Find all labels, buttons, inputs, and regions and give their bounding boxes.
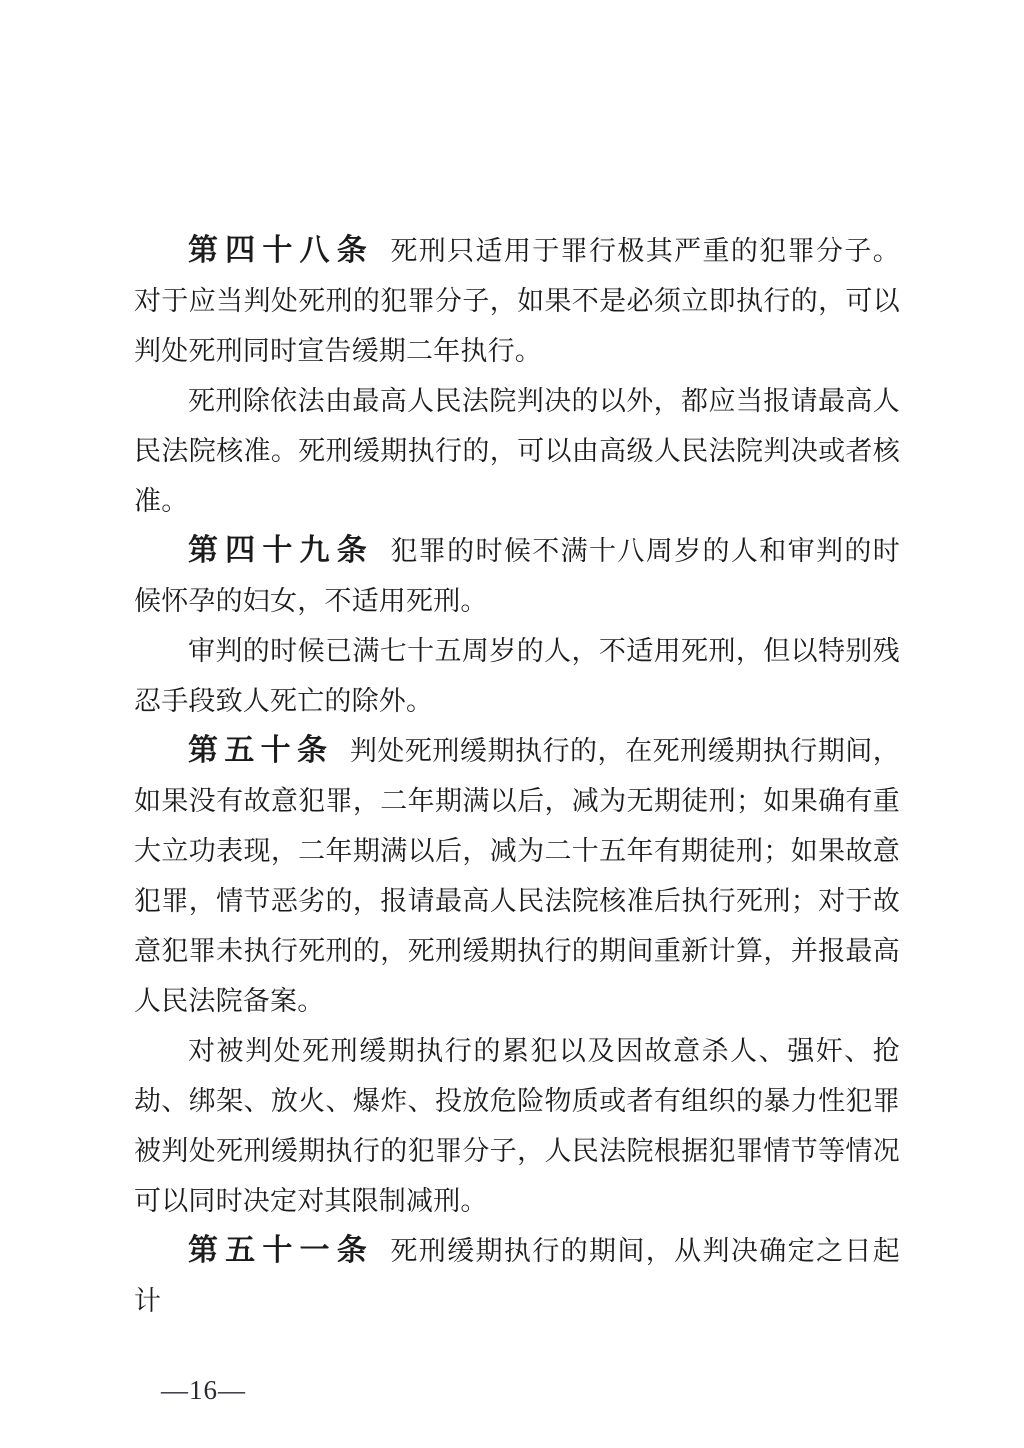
article-paragraph: 第四十八条死刑只适用于罪行极其严重的犯罪分子。对于应当判处死刑的犯罪分子，如果不… bbox=[134, 226, 900, 376]
article-number: 第四十九条 bbox=[188, 534, 374, 567]
article-number: 第五十条 bbox=[188, 734, 333, 767]
paragraph: 审判的时候已满七十五周岁的人，不适用死刑，但以特别残忍手段致人死亡的除外。 bbox=[134, 626, 900, 726]
article-number: 第四十八条 bbox=[188, 234, 374, 267]
page-number: —16— bbox=[161, 1374, 246, 1406]
article-paragraph: 第五十一条死刑缓期执行的期间，从判决确定之日起计 bbox=[134, 1226, 900, 1326]
article-number: 第五十一条 bbox=[188, 1234, 374, 1267]
paragraph: 死刑除依法由最高人民法院判决的以外，都应当报请最高人民法院核准。死刑缓期执行的，… bbox=[134, 376, 900, 526]
document-page: 第四十八条死刑只适用于罪行极其严重的犯罪分子。对于应当判处死刑的犯罪分子，如果不… bbox=[0, 0, 1024, 1448]
paragraph-text: 对被判处死刑缓期执行的累犯以及因故意杀人、强奸、抢劫、绑架、放火、爆炸、投放危险… bbox=[134, 1036, 900, 1216]
article-paragraph: 第四十九条犯罪的时候不满十八周岁的人和审判的时候怀孕的妇女，不适用死刑。 bbox=[134, 526, 900, 626]
paragraph-text: 判处死刑缓期执行的，在死刑缓期执行期间，如果没有故意犯罪，二年期满以后，减为无期… bbox=[134, 736, 900, 1016]
paragraph-text: 死刑除依法由最高人民法院判决的以外，都应当报请最高人民法院核准。死刑缓期执行的，… bbox=[134, 386, 900, 516]
paragraph: 对被判处死刑缓期执行的累犯以及因故意杀人、强奸、抢劫、绑架、放火、爆炸、投放危险… bbox=[134, 1026, 900, 1226]
document-body: 第四十八条死刑只适用于罪行极其严重的犯罪分子。对于应当判处死刑的犯罪分子，如果不… bbox=[134, 226, 900, 1326]
article-paragraph: 第五十条判处死刑缓期执行的，在死刑缓期执行期间，如果没有故意犯罪，二年期满以后，… bbox=[134, 726, 900, 1026]
paragraph-text: 审判的时候已满七十五周岁的人，不适用死刑，但以特别残忍手段致人死亡的除外。 bbox=[134, 636, 900, 716]
